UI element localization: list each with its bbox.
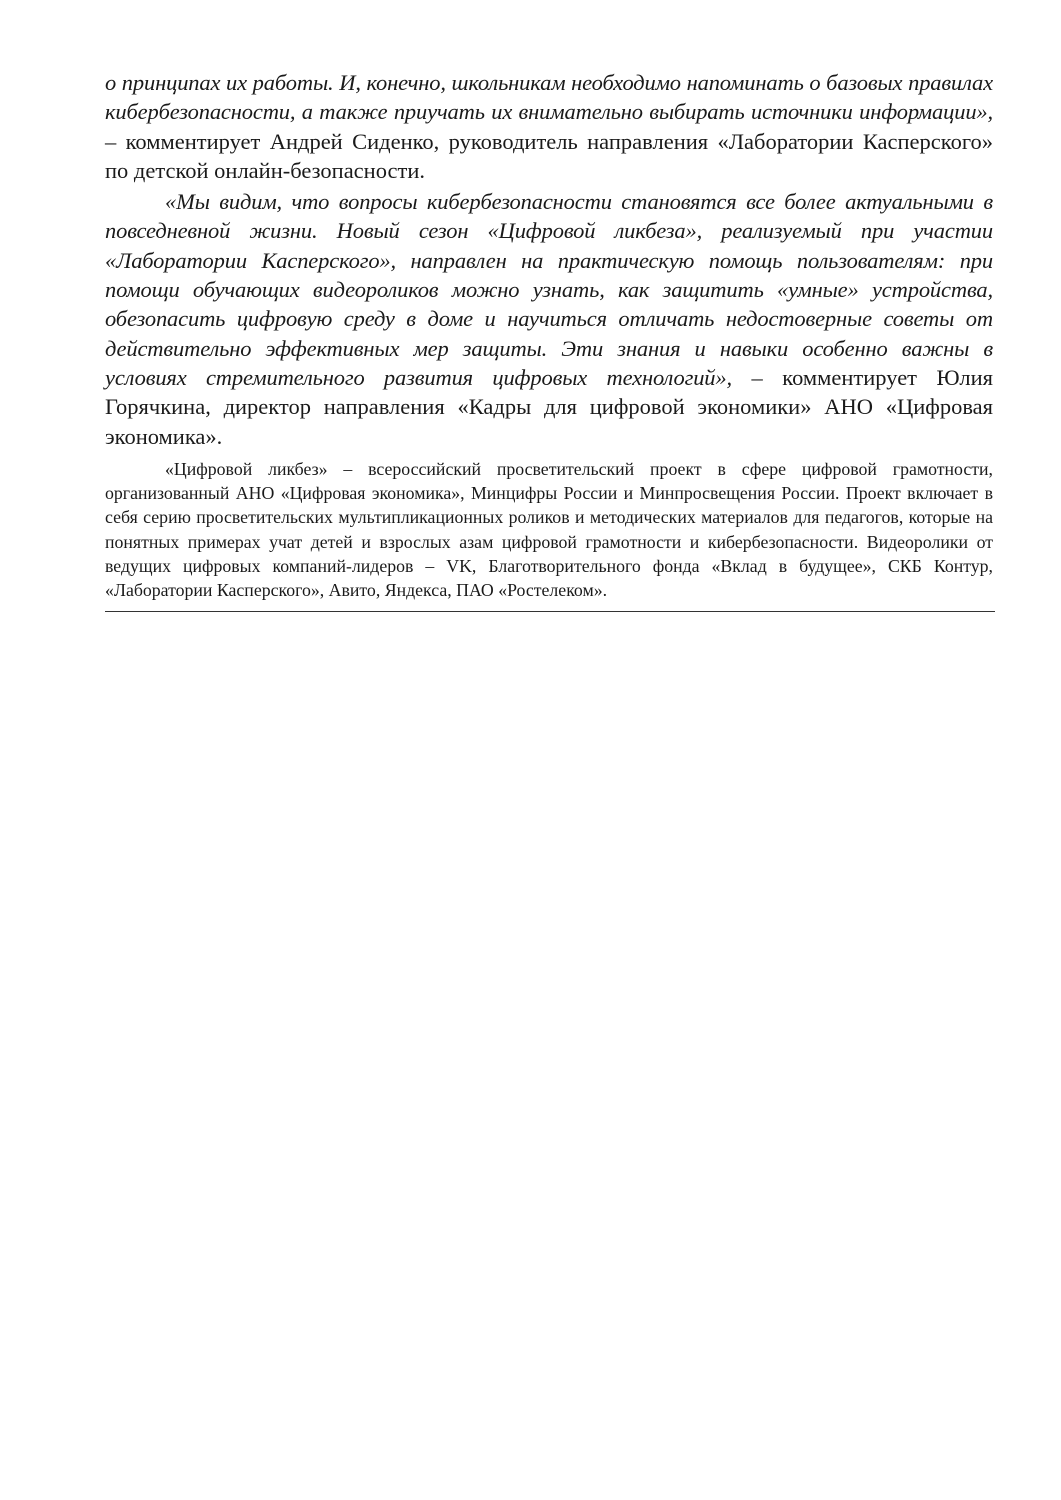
quote-text: о принципах их работы. И, конечно, школь… <box>105 70 993 124</box>
quote-attribution: – комментирует Андрей Сиденко, руководит… <box>105 129 993 183</box>
quote-text: «Мы видим, что вопросы кибербезопасности… <box>105 189 993 390</box>
paragraph-sidenko-quote: о принципах их работы. И, конечно, школь… <box>105 68 993 185</box>
paragraph-goryachkina-quote: «Мы видим, что вопросы кибербезопасности… <box>105 187 993 451</box>
project-description-paragraph: «Цифровой ликбез» – всероссийский просве… <box>105 457 993 603</box>
horizontal-rule <box>105 611 995 612</box>
document-page: о принципах их работы. И, конечно, школь… <box>105 68 993 603</box>
